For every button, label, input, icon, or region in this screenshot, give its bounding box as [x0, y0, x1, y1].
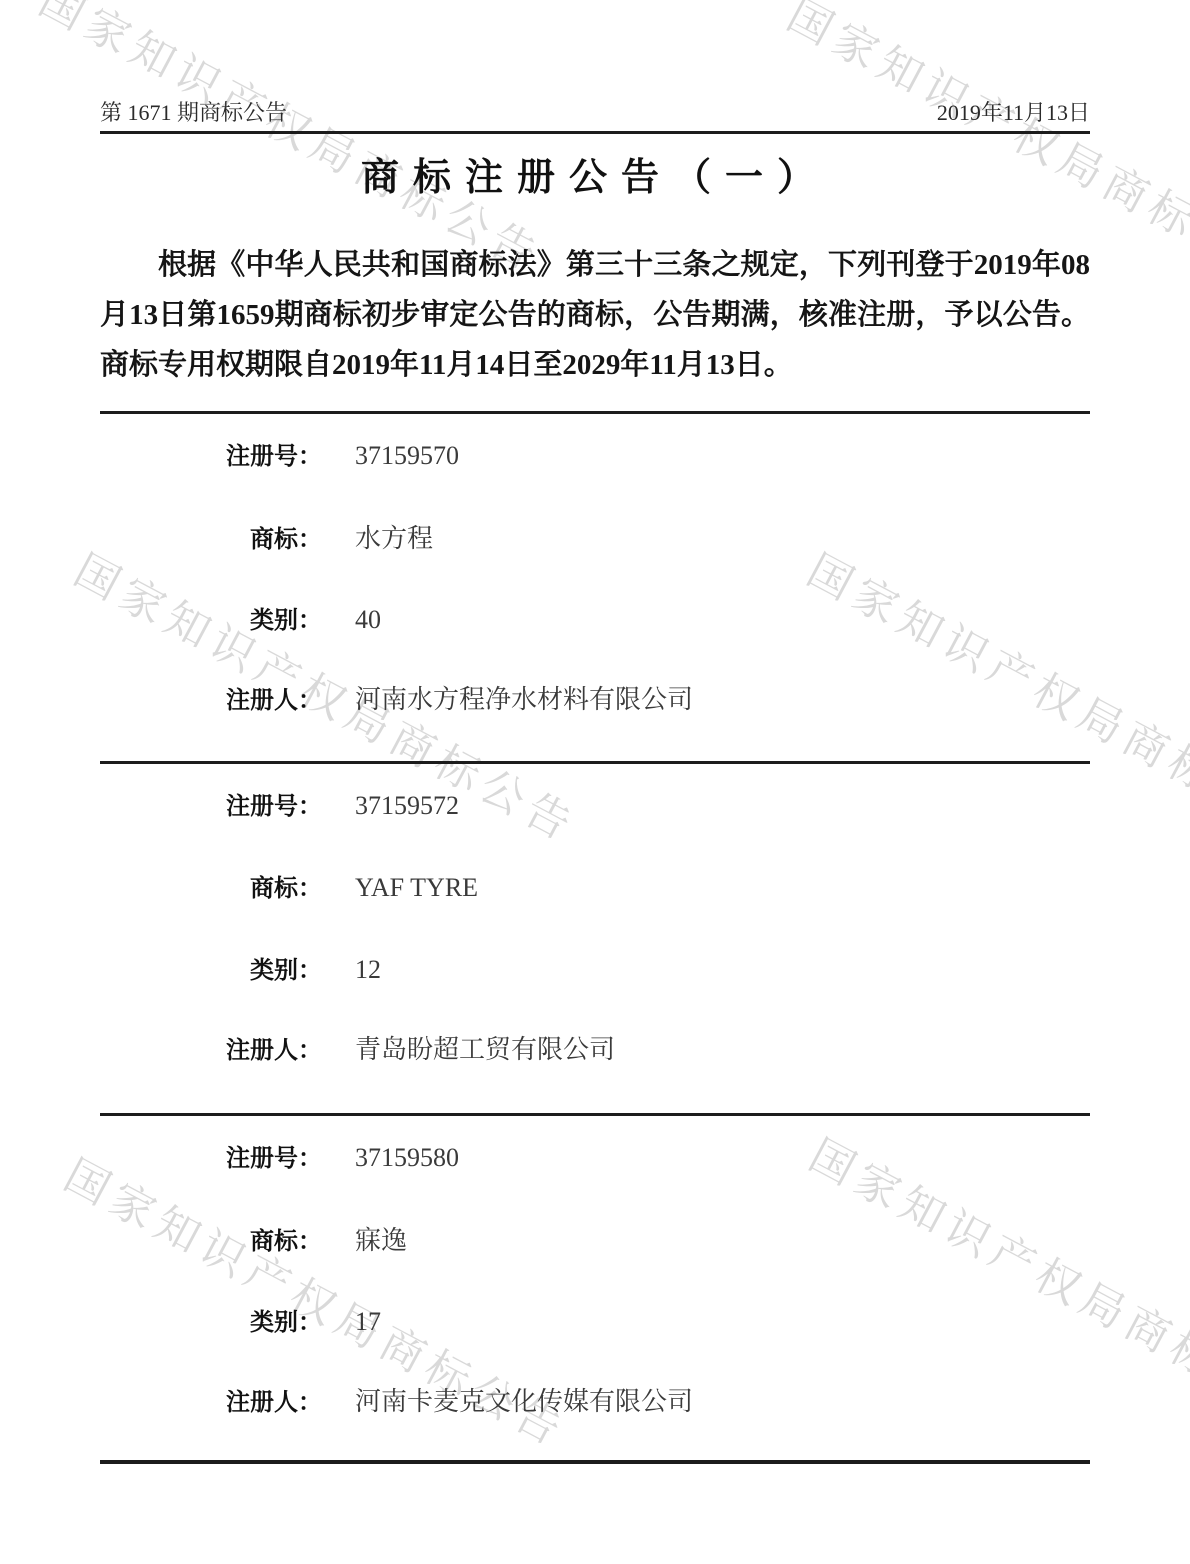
registrant-row: 注册人：青岛盼超工贸有限公司 [100, 1029, 1090, 1066]
reg-no-label: 注册号： [100, 786, 322, 821]
issue-number: 第 1671 期商标公告 [100, 96, 287, 127]
reg-no-row: 注册号：37159570 [100, 436, 1090, 471]
class-row: 类别：12 [100, 950, 1090, 985]
reg-no-value: 37159570 [355, 441, 459, 471]
bottom-rule [100, 1460, 1090, 1464]
registrant-label: 注册人： [100, 1382, 322, 1417]
registrant-row: 注册人：河南水方程净水材料有限公司 [100, 679, 1090, 716]
class-label: 类别： [100, 1302, 322, 1337]
class-row: 类别：17 [100, 1302, 1090, 1337]
trademark-label: 商标： [100, 1221, 322, 1256]
registrant-value: 河南水方程净水材料有限公司 [355, 679, 693, 716]
publication-date: 2019年11月13日 [937, 96, 1090, 127]
registrant-value: 青岛盼超工贸有限公司 [355, 1029, 615, 1066]
registrant-label: 注册人： [100, 1030, 322, 1065]
document-page: 第 1671 期商标公告 2019年11月13日 商标注册公告（一） 根据《中华… [0, 0, 1190, 1564]
header-rule [100, 131, 1090, 134]
reg-no-value: 37159580 [355, 1143, 459, 1173]
registrant-label: 注册人： [100, 680, 322, 715]
trademark-value: 寐逸 [355, 1220, 407, 1257]
trademark-row: 商标：YAF TYRE [100, 868, 1090, 903]
trademark-label: 商标： [100, 519, 322, 554]
class-label: 类别： [100, 600, 322, 635]
trademark-entry: 注册号：37159580 商标：寐逸 类别：17 注册人：河南卡麦克文化传媒有限… [100, 1113, 1090, 1466]
reg-no-value: 37159572 [355, 791, 459, 821]
class-value: 12 [355, 955, 381, 985]
trademark-value: YAF TYRE [355, 873, 478, 903]
reg-no-row: 注册号：37159580 [100, 1138, 1090, 1173]
trademark-row: 商标：水方程 [100, 518, 1090, 555]
class-row: 类别：40 [100, 600, 1090, 635]
reg-no-label: 注册号： [100, 436, 322, 471]
registrant-row: 注册人：河南卡麦克文化传媒有限公司 [100, 1381, 1090, 1418]
registrant-value: 河南卡麦克文化传媒有限公司 [355, 1381, 693, 1418]
intro-paragraph: 根据《中华人民共和国商标法》第三十三条之规定，下列刊登于2019年08月13日第… [100, 240, 1090, 390]
reg-no-label: 注册号： [100, 1138, 322, 1173]
trademark-value: 水方程 [355, 518, 433, 555]
trademark-label: 商标： [100, 868, 322, 903]
trademark-entry: 注册号：37159572 商标：YAF TYRE 类别：12 注册人：青岛盼超工… [100, 761, 1090, 1114]
class-label: 类别： [100, 950, 322, 985]
class-value: 40 [355, 605, 381, 635]
page-title: 商标注册公告（一） [0, 146, 1190, 201]
trademark-entry: 注册号：37159570 商标：水方程 类别：40 注册人：河南水方程净水材料有… [100, 411, 1090, 764]
class-value: 17 [355, 1307, 381, 1337]
trademark-row: 商标：寐逸 [100, 1220, 1090, 1257]
reg-no-row: 注册号：37159572 [100, 786, 1090, 821]
